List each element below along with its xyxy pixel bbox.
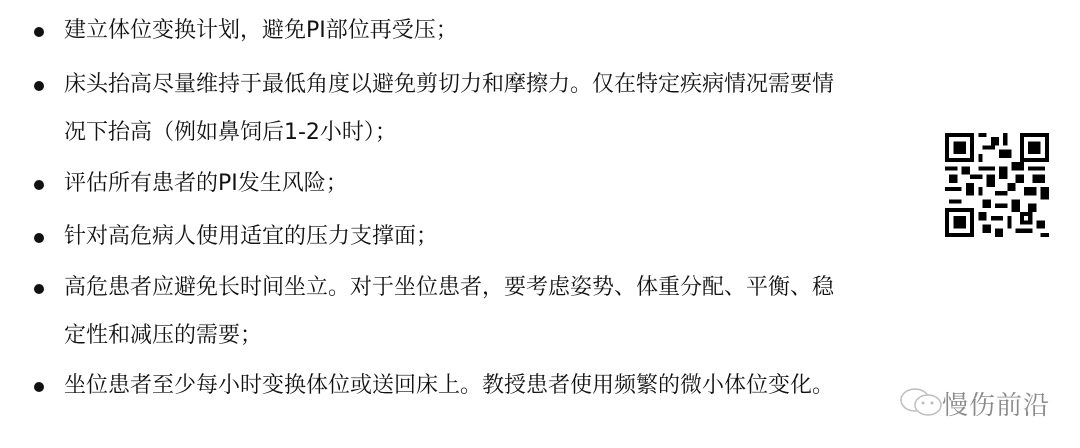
watermark: 慢伤前沿 <box>890 382 1060 422</box>
qr-code-icon <box>945 133 1049 237</box>
wechat-icon <box>898 384 944 420</box>
item-text: 定性和减压的需要； <box>64 324 262 348</box>
watermark-text: 慢伤前沿 <box>942 385 1050 422</box>
bullet-dot-icon <box>34 81 44 91</box>
bullet-dot-icon <box>34 27 44 37</box>
bullet-dot-icon <box>34 180 44 190</box>
bullet-dot-icon <box>34 233 44 243</box>
bullet-dot-icon <box>34 284 44 294</box>
item-text: 针对高危病人使用适宜的压力支撑面； <box>64 225 438 249</box>
item-text: 高危患者应避免长时间坐立。对于坐位患者，要考虑姿势、体重分配、平衡、稳 <box>64 276 834 300</box>
item-text: 评估所有患者的PI发生风险； <box>64 172 348 196</box>
item-text: 建立体位变换计划，避免PI部位再受压； <box>64 19 458 43</box>
item-text: 坐位患者至少每小时变换体位或送回床上。教授患者使用频繁的微小体位变化。 <box>64 374 834 398</box>
item-text: 床头抬高尽量维持于最低角度以避免剪切力和摩擦力。仅在特定疾病情况需要情 <box>64 73 834 97</box>
bullet-dot-icon <box>34 382 44 392</box>
item-text: 况下抬高（例如鼻饲后1-2小时）； <box>64 121 397 145</box>
